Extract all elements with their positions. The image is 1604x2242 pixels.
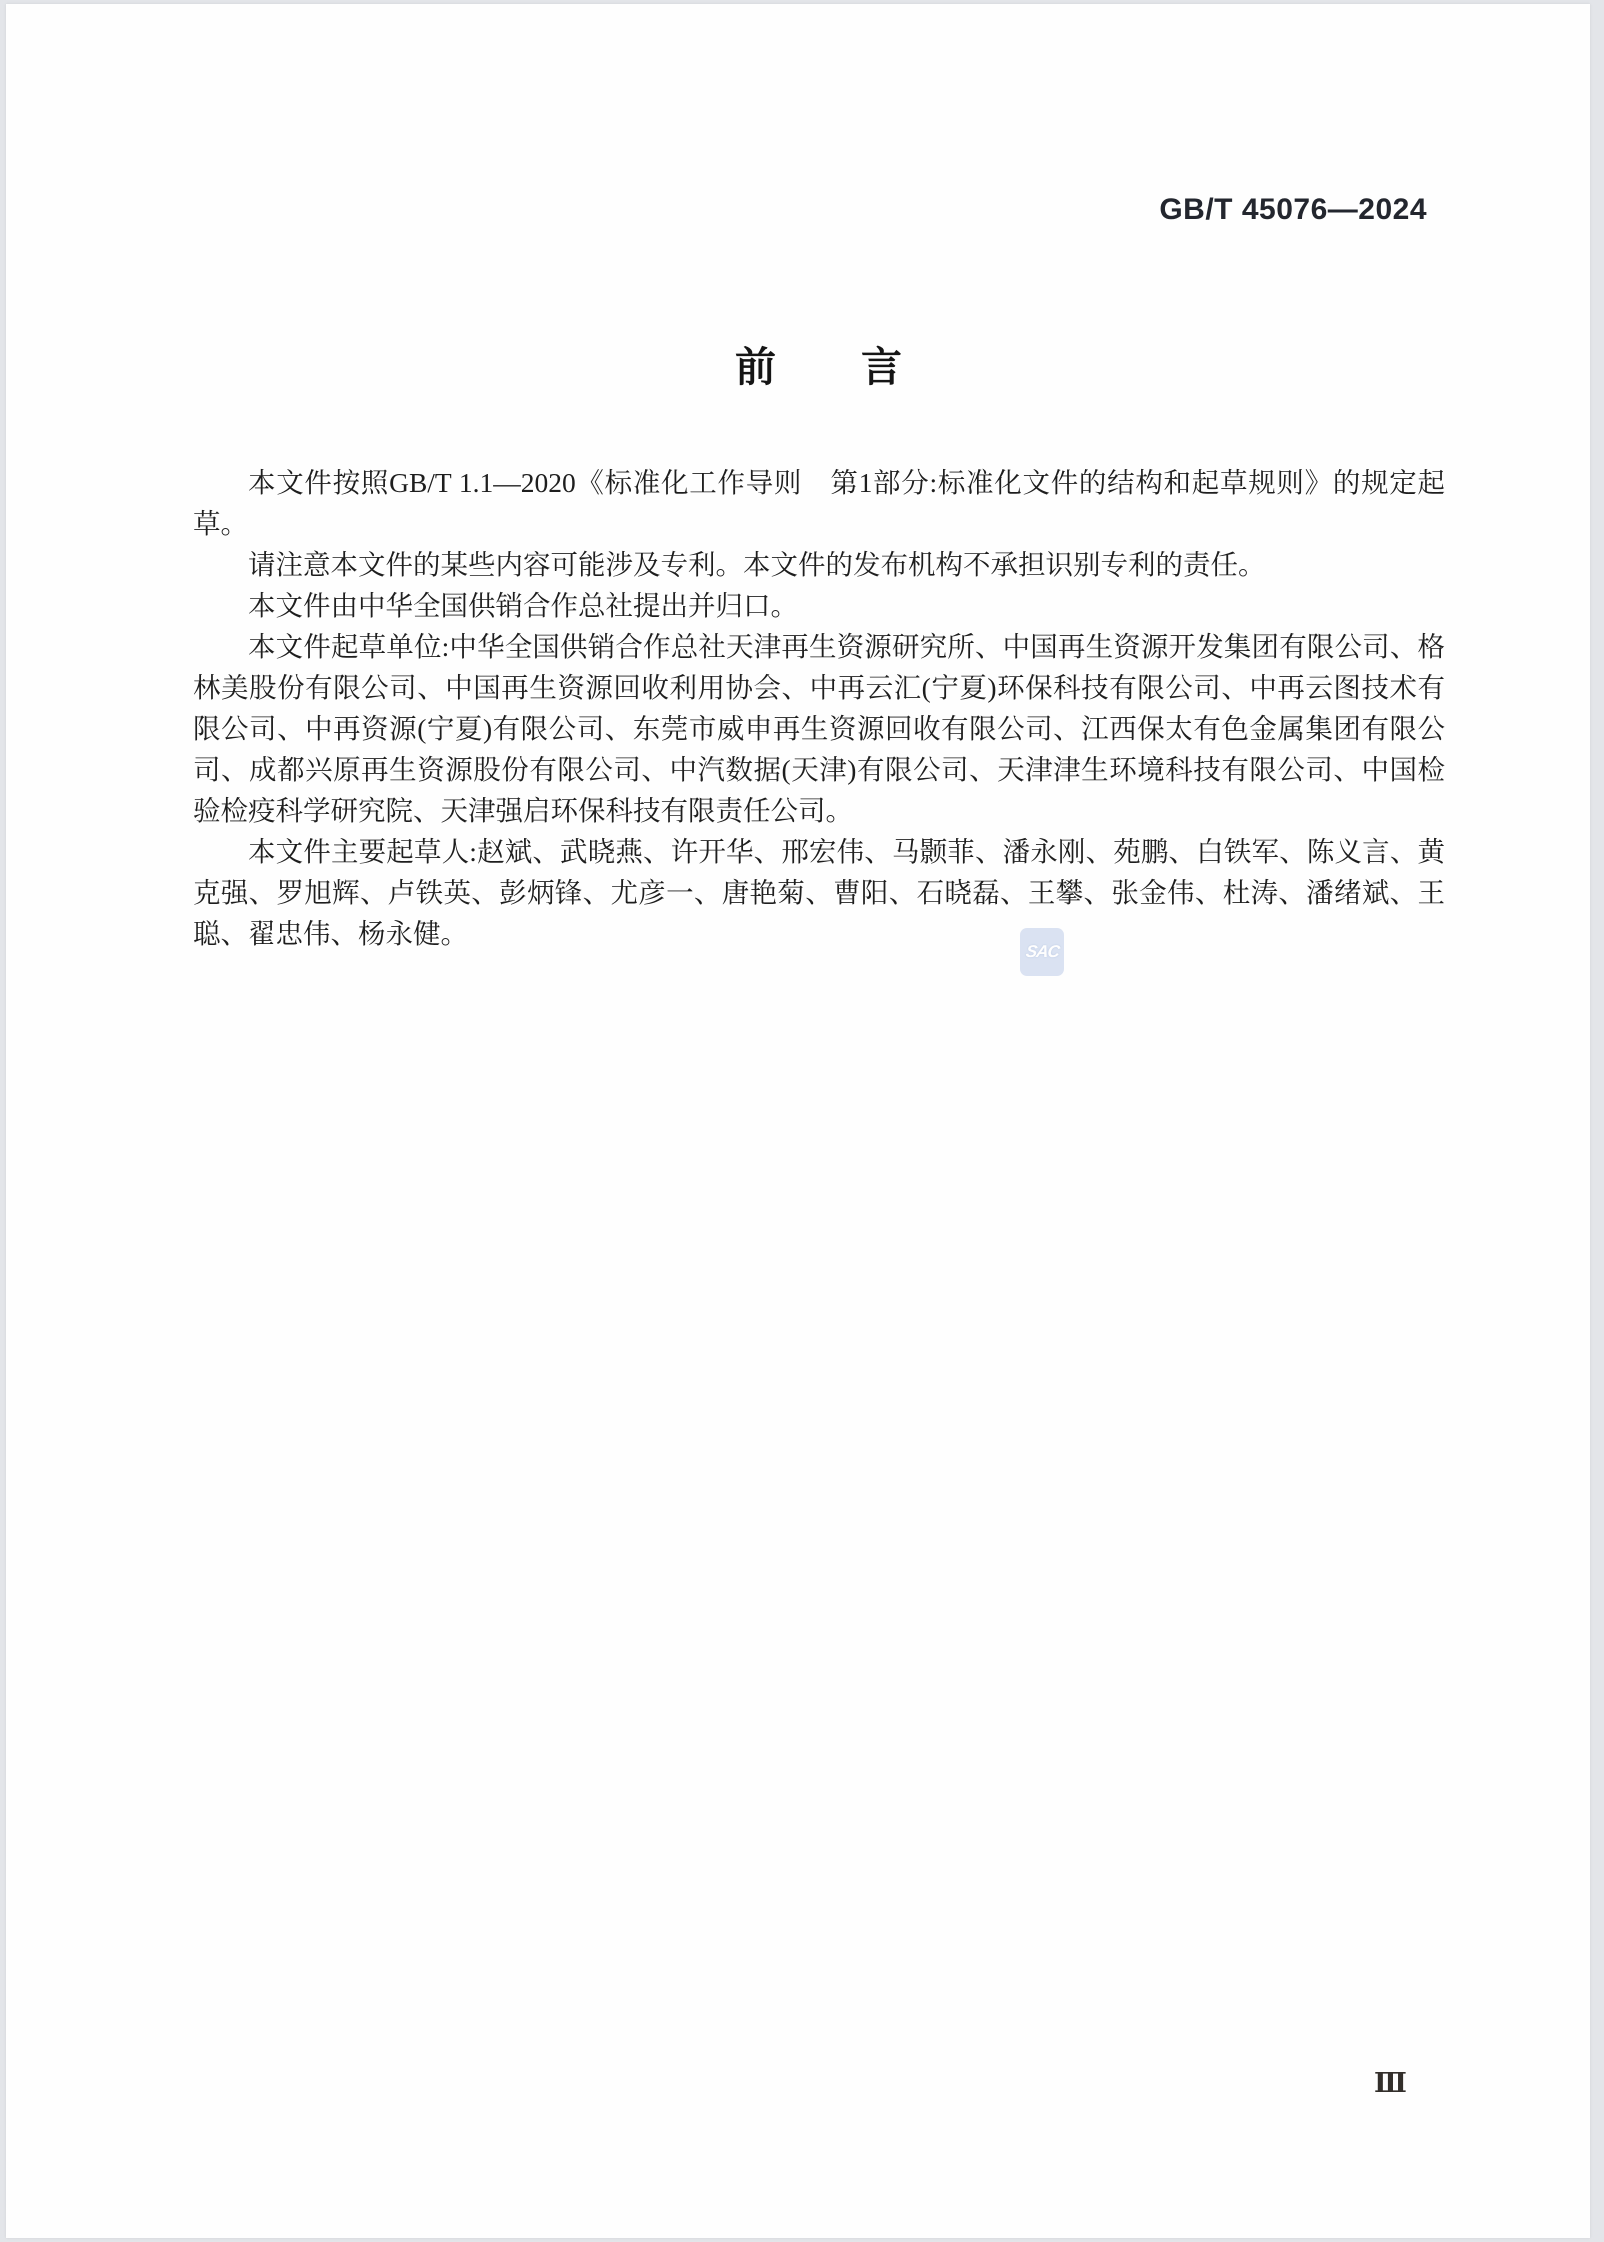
foreword-body: 本文件按照GB/T 1.1—2020《标准化工作导则 第1部分:标准化文件的结构… [193,462,1445,954]
paragraph-main-drafters: 本文件主要起草人:赵斌、武晓燕、许开华、邢宏伟、马颢菲、潘永刚、苑鹏、白铁军、陈… [193,831,1445,954]
paragraph-proposing-body: 本文件由中华全国供销合作总社提出并归口。 [193,585,1445,626]
page-number: Ⅲ [1374,2068,1407,2099]
page-title: 前 言 [193,334,1445,393]
standard-code: GB/T 45076—2024 [1159,193,1427,227]
paragraph-drafting-organizations: 本文件起草单位:中华全国供销合作总社天津再生资源研究所、中国再生资源开发集团有限… [193,626,1445,831]
sac-watermark-text: SAC [1024,942,1060,962]
paragraph-drafting-basis: 本文件按照GB/T 1.1—2020《标准化工作导则 第1部分:标准化文件的结构… [193,462,1445,544]
sac-watermark-icon: SAC [1020,928,1064,976]
document-page: GB/T 45076—2024 前 言 本文件按照GB/T 1.1—2020《标… [6,4,1590,2238]
paragraph-patent-notice: 请注意本文件的某些内容可能涉及专利。本文件的发布机构不承担识别专利的责任。 [193,544,1445,585]
